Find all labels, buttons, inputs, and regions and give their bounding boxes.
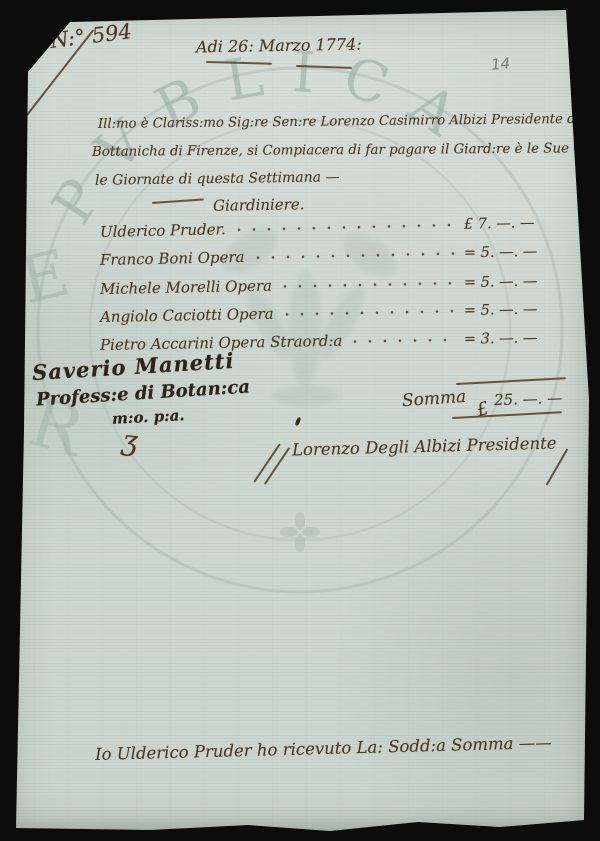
worker-name: Michele Morelli Opera (100, 277, 272, 298)
section-heading: Giardiniere. (213, 195, 305, 215)
heading-dash (152, 198, 204, 203)
date-underline (206, 61, 272, 64)
amount: = 3. —. — (464, 330, 560, 348)
scanned-manuscript-page: PVBLICA E R N:° 594 (0, 0, 600, 841)
ledger-row: Pietro Accarini Opera Straord:a = 3. —. … (100, 328, 560, 354)
worker-name: Franco Boni Opera (100, 248, 245, 269)
dot-leader (352, 331, 458, 347)
ledger-row: Michele Morelli Opera = 5. —. — (100, 271, 560, 298)
body-line-1: Ill:mo è Clariss:mo Sig:re Sen:re Lorenz… (98, 111, 600, 132)
sum-overline (456, 377, 566, 384)
sum-label: Somma (401, 387, 467, 411)
albizi-signature: Lorenzo Degli Albizi Presidente (292, 434, 557, 460)
archive-number: N:° 594 (49, 19, 133, 53)
worker-name: Angiolo Caciotti Opera (100, 305, 274, 326)
signature-flourish-left-2 (264, 447, 290, 485)
amount: = 5. —. — (464, 273, 560, 291)
amount: = 5. —. — (464, 243, 560, 261)
watermark-bottom-flower (280, 512, 320, 552)
amount: £ 7. —. — (464, 215, 560, 233)
date-line: Adi 26: Marzo 1774: (196, 35, 362, 57)
body-line-2: Bottanicha di Firenze, si Compiacera di … (92, 141, 600, 160)
lira-sign: £ (475, 398, 491, 421)
receipt-line: Io Ulderico Pruder ho ricevuto La: Sodd:… (95, 733, 552, 764)
ledger-row: Ulderico Pruder. £ 7. —. — (100, 213, 560, 241)
amount: = 5. —. — (464, 301, 560, 319)
paraph-flourish: ʒ (120, 423, 139, 457)
dot-leader (284, 302, 459, 319)
dot-leader (282, 274, 458, 291)
folio-number-pencil: 14 (490, 54, 511, 74)
body-line-3: le Giornate di questa Settimana — (95, 169, 340, 188)
worker-name: Ulderico Pruder. (100, 220, 226, 241)
ledger-row: Franco Boni Opera = 5. —. — (100, 241, 560, 269)
dot-leader (236, 216, 458, 235)
sum-underline (452, 411, 562, 418)
watermark-side-letter-e: E (13, 236, 76, 319)
date-underline-2 (296, 65, 352, 68)
ink-blot (294, 417, 301, 427)
sum-amount: 25. —. — (494, 389, 563, 409)
ledger-row: Angiolo Caciotti Opera = 5. —. — (100, 299, 560, 326)
paper-sheet: PVBLICA E R N:° 594 (0, 0, 600, 841)
signature-flourish-right (546, 448, 569, 485)
dot-leader (254, 245, 458, 263)
